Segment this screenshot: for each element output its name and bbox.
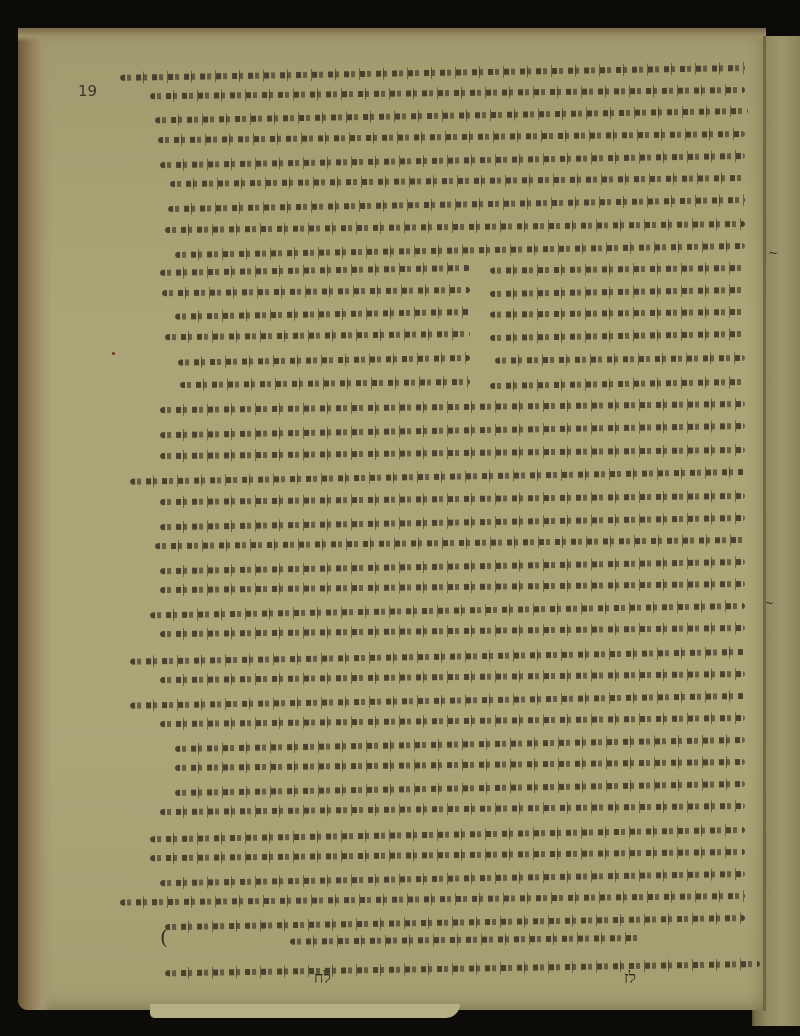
top-edge-stain [18, 28, 766, 42]
page-number-left: לח [314, 968, 331, 988]
bracket-mark: ( [160, 925, 168, 949]
torn-bottom-edge [150, 1004, 460, 1018]
page-number-right: לז [624, 968, 636, 988]
binding-edge-stain [18, 28, 52, 1010]
paper-speck [112, 352, 115, 355]
folio-number: 19 [78, 82, 97, 100]
page-gutter-line [763, 36, 766, 1011]
facing-page-mark: ~ [768, 246, 778, 260]
